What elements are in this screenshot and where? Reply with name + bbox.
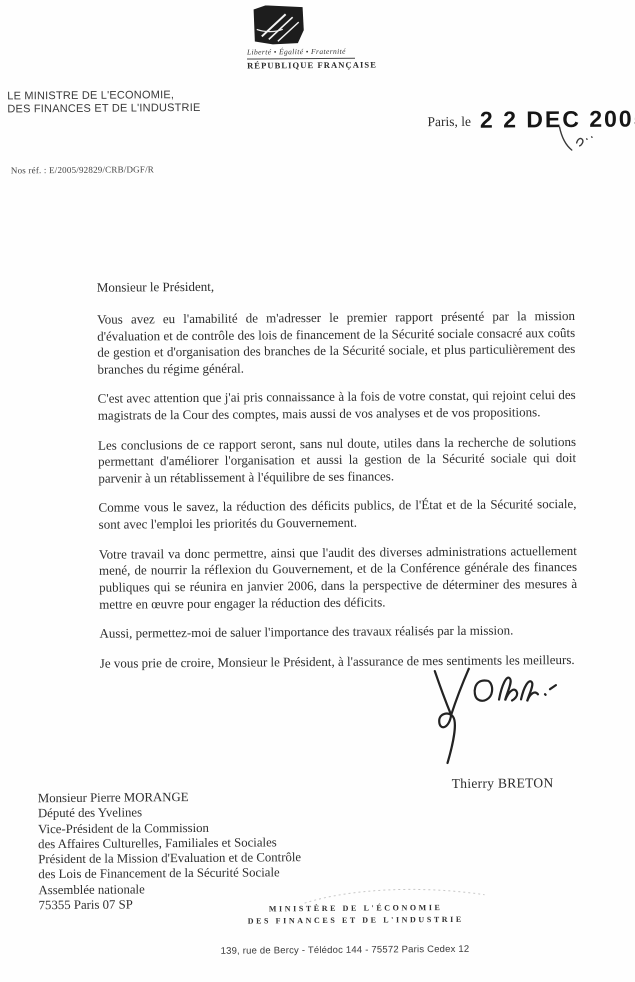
footer-address: 139, rue de Bercy - Télédoc 144 - 75572 … <box>51 942 635 958</box>
letter-paragraph: Comme vous le savez, la réduction des dé… <box>98 496 576 533</box>
letter-paragraph: Votre travail va donc permettre, ainsi q… <box>99 543 578 614</box>
handwritten-initials <box>554 125 598 159</box>
date-place-label: Paris, le <box>427 114 471 129</box>
letter-paragraph: Aussi, permettez-moi de saluer l'importa… <box>99 622 577 643</box>
republique-francaise-logo: Liberté • Égalité • Fraternité RÉPUBLIQU… <box>247 5 360 71</box>
reference-number: Nos réf. : E/2005/92829/CRB/DGF/R <box>11 164 154 175</box>
footer-ministry: MINISTÈRE DE L'ÉCONOMIE DES FINANCES ET … <box>232 902 480 928</box>
letter-body: Monsieur le Président, Vous avez eu l'am… <box>97 276 578 672</box>
recipient-block: Monsieur Pierre MORANGEDéputé des Yvelin… <box>38 789 302 913</box>
scan-content: Liberté • Égalité • Fraternité RÉPUBLIQU… <box>0 0 635 982</box>
signature <box>417 666 568 769</box>
sender-block: LE MINISTRE DE L'ECONOMIE, DES FINANCES … <box>7 89 200 117</box>
letter-paragraph: Vous avez eu l'amabilité de m'adresser l… <box>97 308 576 379</box>
recipient-line: des Lois de Financement de la Sécurité S… <box>38 866 301 883</box>
letter-paragraph: Les conclusions de ce rapport seront, sa… <box>98 434 576 488</box>
dateline: Paris, le2 2 DEC 2005 <box>427 105 635 134</box>
logo-motto: Liberté • Égalité • Fraternité <box>247 47 359 57</box>
salutation: Monsieur le Président, <box>97 276 575 297</box>
logo-republic-label: RÉPUBLIQUE FRANÇAISE <box>247 60 359 71</box>
sender-line-2: DES FINANCES ET DE L'INDUSTRIE <box>7 102 200 117</box>
marianne-flag-icon <box>253 5 305 45</box>
footer-ministry-line-2: DES FINANCES ET DE L'INDUSTRIE <box>232 914 480 928</box>
paragraph-list: Vous avez eu l'amabilité de m'adresser l… <box>97 308 578 672</box>
signatory-name: Thierry BRETON <box>452 775 554 792</box>
scanned-letter-page: Liberté • Égalité • Fraternité RÉPUBLIQU… <box>0 0 635 982</box>
letter-paragraph: C'est avec attention que j'ai pris conna… <box>98 387 576 424</box>
